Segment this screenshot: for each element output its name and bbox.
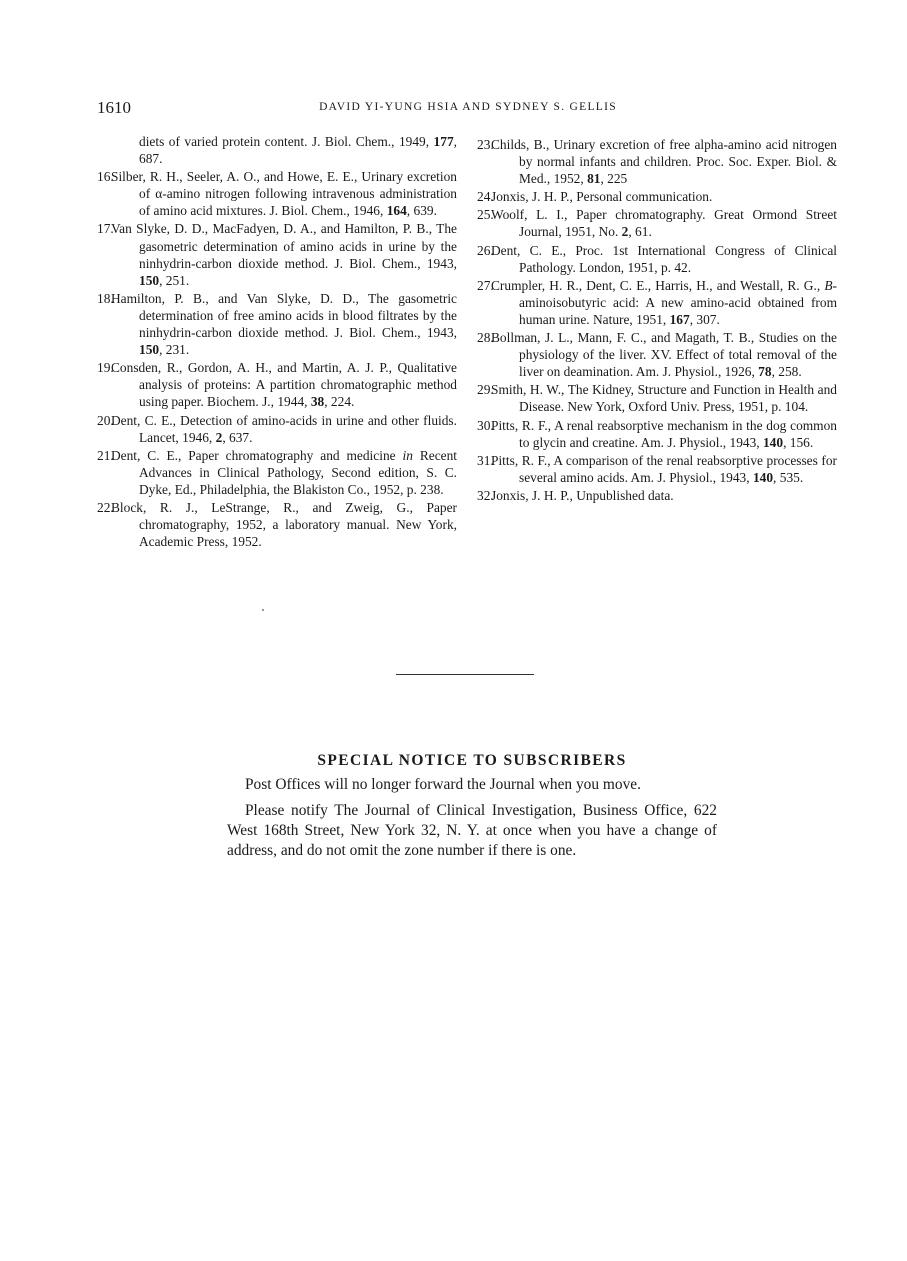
reference-text: Consden, R., Gordon, A. H., and Martin, … [111,360,457,409]
reference-number: 30. [477,417,494,434]
reference-text: Van Slyke, D. D., MacFadyen, D. A., and … [111,221,457,270]
reference-number: 24. [477,188,494,205]
references-left-column: diets of varied protein content. J. Biol… [97,133,457,550]
section-divider [396,674,534,675]
reference-text: Woolf, L. I., Paper chromatography. Grea… [491,207,837,239]
reference-text: , 231. [159,342,189,357]
reference-text: , 639. [407,203,437,218]
reference-text: Hamilton, P. B., and Van Slyke, D. D., T… [111,291,457,340]
running-head: 1610 DAVID YI-YUNG HSIA AND SYDNEY S. GE… [97,98,839,118]
running-title: DAVID YI-YUNG HSIA AND SYDNEY S. GELLIS [97,101,839,113]
reference-entry: 19.Consden, R., Gordon, A. H., and Marti… [97,359,457,410]
notice-paragraph: Post Offices will no longer forward the … [227,775,717,795]
reference-entry: 24.Jonxis, J. H. P., Personal communicat… [477,188,837,205]
reference-text: , 258. [772,364,802,379]
reference-text: Dent, C. E., Proc. 1st International Con… [491,243,837,275]
reference-number: 21. [97,447,114,464]
volume-number: 150 [139,342,159,357]
reference-entry: 32.Jonxis, J. H. P., Unpublished data. [477,487,837,504]
volume-number: 78 [758,364,771,379]
reference-text: Crumpler, H. R., Dent, C. E., Harris, H.… [491,278,824,293]
reference-number: 31. [477,452,494,469]
italic-text: in [403,448,413,463]
volume-number: 177 [434,134,454,149]
notice-title: SPECIAL NOTICE TO SUBSCRIBERS [227,752,717,770]
reference-entry: 27.Crumpler, H. R., Dent, C. E., Harris,… [477,277,837,328]
reference-number: 17. [97,220,114,237]
reference-text: Childs, B., Urinary excretion of free al… [491,137,837,186]
reference-text: , 156. [783,435,813,450]
reference-number: 18. [97,290,114,307]
reference-entry: 29.Smith, H. W., The Kidney, Structure a… [477,381,837,415]
references-right-column: 23.Childs, B., Urinary excretion of free… [477,136,837,504]
italic-text: B [824,278,832,293]
reference-text: diets of varied protein content. J. Biol… [139,134,434,149]
reference-text: , 251. [159,273,189,288]
notice-paragraph: Please notify The Journal of Clinical In… [227,801,717,861]
reference-number: 27. [477,277,494,294]
reference-entry: 17.Van Slyke, D. D., MacFadyen, D. A., a… [97,220,457,288]
reference-number: 28. [477,329,494,346]
reference-number: 20. [97,412,114,429]
reference-number: 29. [477,381,494,398]
reference-number: 23. [477,136,494,153]
reference-entry: 16.Silber, R. H., Seeler, A. O., and How… [97,168,457,219]
reference-entry: 28.Bollman, J. L., Mann, F. C., and Maga… [477,329,837,380]
reference-text: Jonxis, J. H. P., Unpublished data. [491,488,674,503]
reference-number: 32. [477,487,494,504]
reference-text: Dent, C. E., Paper chromatography and me… [111,448,403,463]
reference-number: 19. [97,359,114,376]
volume-number: 164 [387,203,407,218]
reference-text: , 637. [222,430,252,445]
reference-text: , 224. [324,394,354,409]
reference-number: 25. [477,206,494,223]
reference-entry: 23.Childs, B., Urinary excretion of free… [477,136,837,187]
reference-number: 22. [97,499,114,516]
reference-text: , 225 [600,171,627,186]
reference-text: Smith, H. W., The Kidney, Structure and … [491,382,837,414]
reference-text: Block, R. J., LeStrange, R., and Zweig, … [111,500,457,549]
reference-text: , 307. [690,312,720,327]
subscriber-notice: SPECIAL NOTICE TO SUBSCRIBERS Post Offic… [227,752,717,867]
reference-entry: 31.Pitts, R. F., A comparison of the ren… [477,452,837,486]
print-speck [262,609,264,611]
reference-entry: 20.Dent, C. E., Detection of amino-acids… [97,412,457,446]
reference-entry: 18.Hamilton, P. B., and Van Slyke, D. D.… [97,290,457,358]
reference-entry: 30.Pitts, R. F., A renal reabsorptive me… [477,417,837,451]
reference-text: , 61. [628,224,651,239]
volume-number: 38 [311,394,324,409]
volume-number: 167 [670,312,690,327]
volume-number: 150 [139,273,159,288]
reference-entry: 26.Dent, C. E., Proc. 1st International … [477,242,837,276]
reference-text: Dent, C. E., Detection of amino-acids in… [111,413,457,445]
volume-number: 81 [587,171,600,186]
reference-text: Jonxis, J. H. P., Personal communication… [491,189,712,204]
reference-number: 26. [477,242,494,259]
reference-entry: 21.Dent, C. E., Paper chromatography and… [97,447,457,498]
reference-entry: 25.Woolf, L. I., Paper chromatography. G… [477,206,837,240]
reference-text: , 535. [773,470,803,485]
reference-number: 16. [97,168,114,185]
volume-number: 140 [763,435,783,450]
reference-entry: 22.Block, R. J., LeStrange, R., and Zwei… [97,499,457,550]
volume-number: 140 [753,470,773,485]
reference-entry: diets of varied protein content. J. Biol… [97,133,457,167]
